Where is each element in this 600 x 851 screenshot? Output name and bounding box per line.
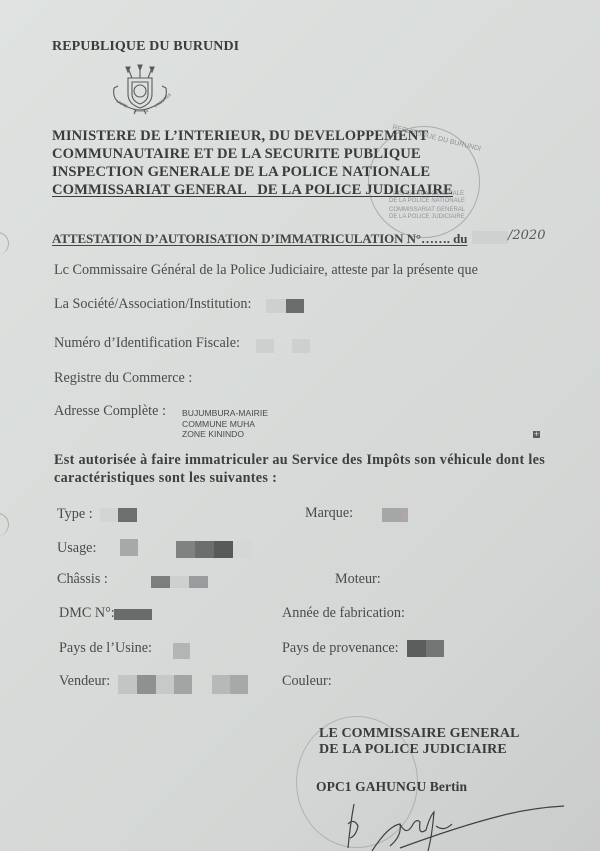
engine-label: Moteur:	[335, 571, 381, 588]
redacted-usage-2	[176, 541, 195, 558]
redacted-chassis-3	[189, 576, 208, 588]
ministry-line-1: MINISTERE DE L’INTERIEUR, DU DEVELOPPEME…	[52, 128, 428, 145]
redacted-brand-2	[401, 508, 408, 522]
redacted-seller-6	[230, 675, 248, 694]
year-label: Année de fabrication:	[282, 605, 405, 622]
redacted-company-2	[286, 299, 304, 313]
redacted-origin-country	[407, 640, 426, 657]
redacted-nif-2	[292, 339, 310, 353]
attestation-title: ATTESTATION D’AUTORISATION D’IMMATRICULA…	[52, 231, 467, 247]
paper-crease-2	[0, 513, 9, 536]
stamp-ring-text: REPUBLIQUE DU BURUNDI	[392, 124, 482, 153]
svg-text:TRAVAIL: TRAVAIL	[133, 108, 150, 113]
redacted-company	[266, 299, 286, 313]
redacted-origin-country-2	[426, 640, 444, 657]
nif-label: Numéro d’Identification Fiscale:	[54, 335, 240, 352]
redacted-usage-3	[195, 541, 214, 558]
country-heading: REPUBLIQUE DU BURUNDI	[52, 39, 239, 55]
signatory-name: OPC1 GAHUNGU Bertin	[316, 779, 467, 795]
plus-marker-icon: +	[533, 431, 540, 438]
svg-text:PROGRES: PROGRES	[153, 92, 172, 109]
redacted-type-2	[118, 508, 137, 522]
stamp-line-2: DE LA POLICE NATIONALE	[389, 198, 465, 204]
redacted-chassis	[151, 576, 170, 588]
ministry-line-2: COMMUNAUTAIRE ET DE LA SECURITE PUBLIQUE	[52, 146, 421, 163]
signatory-title-2: DE LA POLICE JUDICIAIRE	[319, 742, 507, 758]
official-stamp: REPUBLIQUE DU BURUNDI INSPECTION GENERAL…	[368, 126, 480, 238]
type-label: Type :	[57, 506, 93, 523]
stamp-line-1: INSPECTION GENERALE	[393, 191, 464, 197]
seller-label: Vendeur:	[59, 673, 110, 690]
authorization-line-2: caractéristiques sont les suivantes :	[54, 470, 277, 487]
redacted-usage	[120, 539, 138, 556]
factory-country-label: Pays de l’Usine:	[59, 640, 152, 657]
redacted-factory-country	[173, 643, 190, 659]
redacted-seller-3	[156, 675, 174, 694]
signatory-title-1: LE COMMISSAIRE GENERAL	[319, 726, 520, 742]
redacted-chassis-2	[170, 576, 189, 588]
registry-label: Registre du Commerce :	[54, 370, 192, 387]
redacted-usage-4	[214, 541, 233, 558]
stamp-line-4: DE LA POLICE JUDICIAIRE	[389, 214, 465, 220]
company-label: La Société/Association/Institution:	[54, 296, 251, 313]
dmc-label: DMC N°:	[59, 605, 115, 622]
redacted-seller-5	[212, 675, 230, 694]
stamp-line-3: COMMISSARIAT GENERAL	[389, 207, 465, 213]
redacted-date	[472, 231, 508, 244]
chassis-label: Châssis :	[57, 571, 108, 588]
redacted-type	[100, 508, 118, 522]
handwritten-signature-icon	[340, 796, 580, 851]
redacted-nif	[256, 339, 274, 353]
redacted-brand	[382, 508, 401, 522]
intro-text: Lc Commissaire Général de la Police Judi…	[54, 262, 478, 279]
redacted-seller	[118, 675, 137, 694]
redacted-dmc	[114, 609, 152, 620]
usage-label: Usage:	[57, 540, 96, 557]
origin-country-label: Pays de provenance:	[282, 640, 399, 657]
address-block: BUJUMBURA-MAIRIE COMMUNE MUHA ZONE KININ…	[182, 408, 268, 440]
address-label: Adresse Complète :	[54, 403, 166, 420]
svg-text:UNITE: UNITE	[116, 99, 129, 109]
redacted-usage-5	[233, 541, 252, 558]
redacted-seller-2	[137, 675, 156, 694]
redacted-seller-4	[174, 675, 192, 694]
address-line-2: COMMUNE MUHA	[182, 419, 268, 430]
color-label: Couleur:	[282, 673, 332, 690]
paper-crease	[0, 232, 9, 255]
burundi-emblem-icon: UNITE TRAVAIL PROGRES	[108, 64, 172, 116]
address-line-3: ZONE KININDO	[182, 429, 268, 440]
authorization-line-1: Est autorisée à faire immatriculer au Se…	[54, 452, 545, 469]
handwritten-year: /2020	[508, 228, 545, 243]
brand-label: Marque:	[305, 505, 353, 522]
address-line-1: BUJUMBURA-MAIRIE	[182, 408, 268, 419]
